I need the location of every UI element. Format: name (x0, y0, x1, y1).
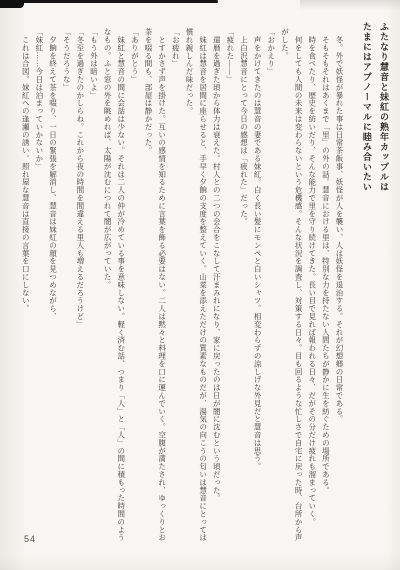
text-paragraph: 冬。外で妖怪が暴れた事は日常茶飯事、妖怪が人を襲い、人は妖怪を退治する。それが幻… (332, 28, 346, 542)
scan-artifact-top-right-smudge (300, 0, 400, 10)
scan-artifact-top-left-blob (0, 0, 24, 8)
body-text-columns: 冬。外で妖怪が暴れた事は日常茶飯事、妖怪が人を襲い、人は妖怪を退治する。それが幻… (18, 28, 346, 542)
text-paragraph: 何をしても人間の未来は変わらないという危機感。そんな状況を調査し、対策する日々。… (278, 28, 305, 542)
page-title-line-2: たまにはアブノーマルに睦み合いたい (358, 22, 375, 442)
text-paragraph: 夕餉を終えて茶を啜り、一日の緊張を解消し、慧音は妹紅の顔を見つめながら、 (46, 28, 60, 542)
text-paragraph: これは合図。妹紅への逢瀬の誘い。照れ屋な慧音は直接の言葉を口にしない。 (19, 28, 33, 542)
text-paragraph: 時を食べたり、歴史を紡いだり、そんな能力で里を守り続けてきた。長い目で見れば報わ… (305, 28, 319, 542)
text-paragraph: 「もう外は暗いよ」 (87, 28, 101, 542)
scan-artifact-top-bar (0, 0, 218, 3)
page-title-line-1: ふたなり慧音と妹紅の熟年カップルは (375, 22, 392, 442)
text-paragraph: とすかさず声を掛けた。互いの感情を知るために言葉を飾る必要はない。二人は黙々と料… (141, 28, 168, 542)
text-paragraph: 上白沢慧音にとって今日の感想は「疲れた」だった。 (237, 28, 251, 542)
text-paragraph: 「おかえり」 (264, 28, 278, 542)
scanned-book-page: ふたなり慧音と妹紅の熟年カップルは たまにはアブノーマルに睦み合いたい 冬。外で… (0, 0, 400, 570)
scan-edge-shading-bottom (0, 554, 400, 570)
text-paragraph: 「妹紅……今日は泊まっていかないか」 (32, 28, 46, 542)
page-title: ふたなり慧音と妹紅の熟年カップルは たまにはアブノーマルに睦み合いたい (358, 22, 392, 442)
text-paragraph: 「ありがとう」 (128, 28, 142, 542)
text-paragraph: 「疲れた――」 (223, 28, 237, 542)
text-paragraph: 妹紅と慧音の間に会話は少ない。それは二人の仲が冷めている事を意味しない。軽く済む… (100, 28, 127, 542)
page-number: 54 (24, 534, 36, 544)
text-paragraph: 妹紅は慧音を居間に座らせると、手早く夕餉の支度を整えていく。山菜を添えただけの質… (182, 28, 209, 542)
text-paragraph: 声をかけてきたのは慧音の妻である妹紅。白く長い髪にモンペと白いシャツ。相変わらず… (251, 28, 265, 542)
text-paragraph: 「そうだろうな」 (60, 28, 74, 542)
text-paragraph: そもそもそれはあくまで「里」の外の話。慧音における里は、特別な力を持たない人間た… (319, 28, 333, 542)
text-paragraph: 還暦を過ぎた頃から体力は衰えた。村人との二つの会合をこなして汗まみれになり、家に… (210, 28, 224, 542)
text-paragraph: 「お疲れ」 (169, 28, 183, 542)
text-paragraph: 「冬至を過ぎたのかしらね。これから夜の時間を間違える里人も増えるだろうけど」 (73, 28, 87, 542)
